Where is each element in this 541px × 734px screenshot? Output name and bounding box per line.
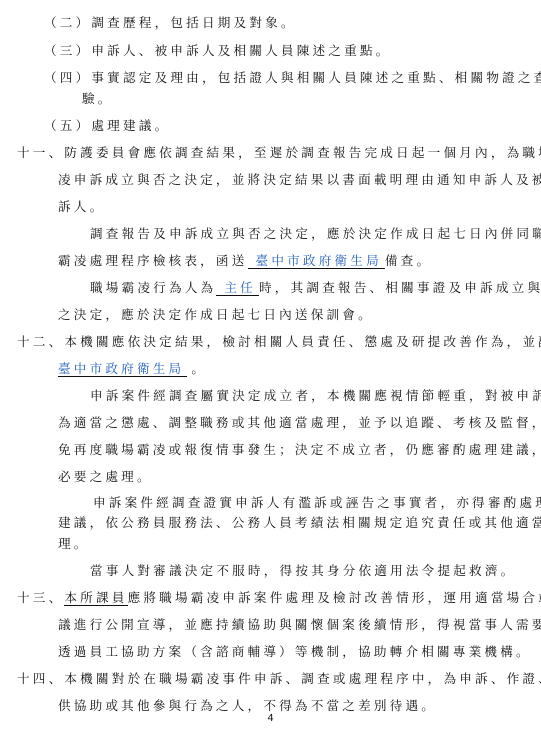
section-marker: 十四、 [17, 671, 64, 686]
section-text: 本機關應依決定結果，檢討相關人員責任、懲處及研提改善作為，並副知 [64, 334, 541, 349]
text: 職場霸凌行為人為 [90, 280, 216, 295]
sub-item-5: （五）處理建議。 [44, 118, 170, 134]
section-12-para2-line-1: 申訴案件經調查屬實決定成立者，本機關應視情節輕重，對被申訴人 [90, 388, 541, 404]
section-11-para3-line-1: 職場霸凌行為人為主任時，其調查報告、相關事證及申訴成立與否 [90, 280, 541, 296]
section-marker: 十三、 [17, 590, 64, 605]
section-12-line-1: 十二、本機關應依決定結果，檢討相關人員責任、懲處及研提改善作為，並副知 [17, 334, 541, 350]
section-12-line-2: 臺中市政府衛生局。 [58, 361, 207, 377]
section-14-line-1: 十四、本機關對於在職場霸凌事件申訴、調查或處理程序中，為申訴、作證、提 [17, 671, 541, 687]
sub-item-marker: （五） [44, 118, 91, 133]
section-11-para3-line-2: 之決定，應於決定作成日起七日內送保訓會。 [58, 307, 374, 323]
section-text: 應將職場霸凌申訴案件處理及檢討改善情形，運用適當場合或會 [128, 590, 541, 605]
text: 備查。 [385, 253, 432, 268]
section-12-para2-line-4: 必要之處理。 [58, 469, 153, 485]
section-12-para4: 當事人對審議決定不服時，得按其身分依適用法令提起救濟。 [90, 563, 516, 579]
sub-item-text: 處理建議。 [91, 118, 170, 133]
underlined-role: 本所課員 [64, 590, 127, 606]
section-12-para3-line-3: 理。 [58, 536, 90, 552]
sub-item-marker: （四） [44, 70, 91, 85]
sub-item-text: 申訴人、被申訴人及相關人員陳述之重點。 [91, 43, 391, 58]
section-11-para2-line-2: 霸凌處理程序檢核表，函送臺中市政府衛生局備查。 [58, 253, 432, 269]
sub-item-text: 調查歷程，包括日期及對象。 [91, 15, 296, 30]
sub-item-marker: （二） [44, 15, 91, 30]
section-marker: 十一、 [17, 145, 64, 160]
section-11-line-2: 凌申訴成立與否之決定，並將決定結果以書面載明理由通知申訴人及被申 [58, 172, 541, 188]
health-bureau-link[interactable]: 臺中市政府衛生局 [248, 253, 385, 269]
text: 霸凌處理程序檢核表，函送 [58, 253, 248, 268]
section-12-para2-line-3: 免再度職場霸凌或報復情事發生；決定不成立者，仍應審酌處理建議，為 [58, 442, 541, 458]
text: 。 [191, 361, 207, 376]
section-11-line-3: 訴人。 [58, 199, 105, 215]
sub-item-marker: （三） [44, 43, 91, 58]
health-bureau-link-2[interactable]: 臺中市政府衛生局 [58, 361, 187, 377]
supervisor-link[interactable]: 主任 [216, 280, 259, 296]
section-14-line-2: 供協助或其他參與行為之人，不得為不當之差別待遇。 [58, 698, 437, 714]
section-text: 本機關對於在職場霸凌事件申訴、調查或處理程序中，為申訴、作證、提 [64, 671, 541, 686]
section-11-para2-line-1: 調查報告及申訴成立與否之決定，應於決定作成日起七日內併同職場 [90, 226, 541, 242]
section-13-line-3: 透過員工協助方案（含諮商輔導）等機制，協助轉介相關專業機構。 [58, 644, 532, 660]
section-12-para2-line-2: 為適當之懲處、調整職務或其他適當處理，並予以追蹤、考核及監督，避 [58, 415, 541, 431]
section-12-para3-line-1: 申訴案件經調查證實申訴人有濫訴或誣告之事實者，亦得審酌處理 [93, 495, 541, 511]
section-12-para3-line-2: 建議，依公務員服務法、公務人員考績法相關規定追究責任或其他適當處 [58, 515, 541, 531]
page-number: 4 [0, 713, 541, 724]
sub-item-2: （二）調查歷程，包括日期及對象。 [44, 15, 297, 31]
section-13-line-2: 議進行公開宣導，並應持續協助與關懷個案後續情形，得視當事人需要， [58, 617, 541, 633]
section-text: 防護委員會應依調查結果，至遲於調查報告完成日起一個月內，為職場霸 [64, 145, 541, 160]
document-page: （二）調查歷程，包括日期及對象。 （三）申訴人、被申訴人及相關人員陳述之重點。 … [0, 0, 541, 734]
sub-item-3: （三）申訴人、被申訴人及相關人員陳述之重點。 [44, 43, 391, 59]
section-11-line-1: 十一、防護委員會應依調查結果，至遲於調查報告完成日起一個月內，為職場霸 [17, 145, 541, 161]
sub-item-4: （四）事實認定及理由，包括證人與相關人員陳述之重點、相關物證之查 [44, 70, 541, 86]
section-13-line-1: 十三、本所課員應將職場霸凌申訴案件處理及檢討改善情形，運用適當場合或會 [17, 590, 541, 606]
sub-item-4-continuation: 驗。 [82, 91, 114, 107]
sub-item-text: 事實認定及理由，包括證人與相關人員陳述之重點、相關物證之查 [91, 70, 541, 85]
text: 時，其調查報告、相關事證及申訴成立與否 [259, 280, 541, 295]
section-marker: 十二、 [17, 334, 64, 349]
